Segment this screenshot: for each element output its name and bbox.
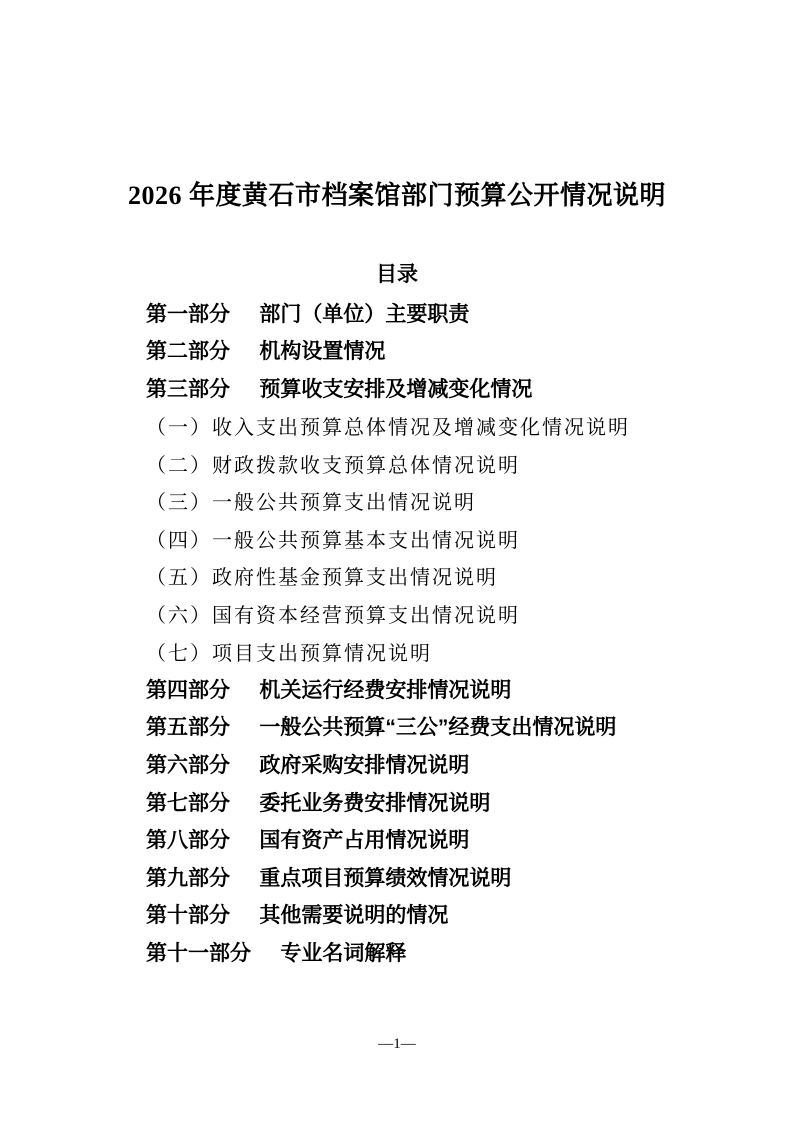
toc-entry-label: 第八部分	[146, 824, 230, 854]
document-title: 2026 年度黄石市档案馆部门预算公开情况说明	[40, 180, 754, 212]
toc-entry-title: 政府采购安排情况说明	[259, 749, 469, 779]
toc-entry-label: （二）	[146, 449, 212, 478]
toc-entry-title: 机关运行经费安排情况说明	[259, 674, 511, 704]
toc-entry-label: （五）	[146, 561, 212, 590]
toc-entry-sub-2: （二）财政拨款收支预算总体情况说明	[146, 444, 714, 482]
toc-entry-part-3: 第三部分预算收支安排及增减变化情况	[146, 369, 714, 407]
toc-heading: 目录	[0, 262, 794, 288]
toc-entry-part-7: 第七部分委托业务费安排情况说明	[146, 783, 714, 821]
toc-entry-label: （一）	[146, 411, 212, 440]
document-page: 2026 年度黄石市档案馆部门预算公开情况说明 目录 第一部分部门（单位）主要职…	[0, 0, 794, 1123]
toc-entry-label: 第一部分	[146, 298, 230, 328]
toc-entry-label: （六）	[146, 599, 212, 628]
toc-entry-label: （四）	[146, 524, 212, 553]
toc-entry-title: 国有资产占用情况说明	[259, 824, 469, 854]
toc-entry-title: 一般公共预算支出情况说明	[212, 486, 476, 515]
toc-entry-title: 国有资本经营预算支出情况说明	[212, 599, 520, 628]
toc-entry-part-2: 第二部分机构设置情况	[146, 332, 714, 370]
toc-entry-part-4: 第四部分机关运行经费安排情况说明	[146, 670, 714, 708]
toc-entry-label: 第十一部分	[146, 937, 251, 967]
toc-entry-sub-1: （一）收入支出预算总体情况及增减变化情况说明	[146, 407, 714, 445]
toc-entry-sub-6: （六）国有资本经营预算支出情况说明	[146, 595, 714, 633]
toc-entry-title: 重点项目预算绩效情况说明	[259, 862, 511, 892]
toc-entry-part-5: 第五部分一般公共预算“三公”经费支出情况说明	[146, 708, 714, 746]
toc-entry-title: 部门（单位）主要职责	[259, 298, 469, 328]
toc-entry-part-1: 第一部分部门（单位）主要职责	[146, 294, 714, 332]
toc-entry-title: 项目支出预算情况说明	[212, 637, 432, 666]
toc-entry-title: 预算收支安排及增减变化情况	[259, 373, 532, 403]
toc-entry-sub-7: （七）项目支出预算情况说明	[146, 632, 714, 670]
toc-entry-label: （三）	[146, 486, 212, 515]
toc-entry-title: 财政拨款收支预算总体情况说明	[212, 449, 520, 478]
toc-entry-title: 专业名词解释	[280, 937, 406, 967]
toc-entry-sub-3: （三）一般公共预算支出情况说明	[146, 482, 714, 520]
toc-entry-label: 第九部分	[146, 862, 230, 892]
toc-entry-part-11: 第十一部分专业名词解释	[146, 933, 714, 971]
toc-entry-sub-4: （四）一般公共预算基本支出情况说明	[146, 520, 714, 558]
toc-entry-label: 第三部分	[146, 373, 230, 403]
page-number: —1—	[0, 1036, 794, 1053]
toc-entry-label: 第七部分	[146, 787, 230, 817]
toc-entry-title: 一般公共预算“三公”经费支出情况说明	[259, 711, 616, 741]
toc-entry-part-6: 第六部分政府采购安排情况说明	[146, 745, 714, 783]
toc-entry-label: 第二部分	[146, 335, 230, 365]
toc-entry-title: 委托业务费安排情况说明	[259, 787, 490, 817]
toc-entry-part-9: 第九部分重点项目预算绩效情况说明	[146, 858, 714, 896]
toc-entry-label: （七）	[146, 637, 212, 666]
toc-entry-label: 第五部分	[146, 711, 230, 741]
toc-entry-sub-5: （五）政府性基金预算支出情况说明	[146, 557, 714, 595]
table-of-contents: 第一部分部门（单位）主要职责 第二部分机构设置情况 第三部分预算收支安排及增减变…	[146, 294, 714, 971]
toc-entry-label: 第六部分	[146, 749, 230, 779]
toc-entry-title: 其他需要说明的情况	[259, 899, 448, 929]
toc-entry-part-8: 第八部分国有资产占用情况说明	[146, 820, 714, 858]
toc-entry-label: 第四部分	[146, 674, 230, 704]
toc-entry-title: 一般公共预算基本支出情况说明	[212, 524, 520, 553]
toc-entry-part-10: 第十部分其他需要说明的情况	[146, 896, 714, 934]
toc-entry-label: 第十部分	[146, 899, 230, 929]
toc-entry-title: 机构设置情况	[259, 335, 385, 365]
toc-entry-title: 政府性基金预算支出情况说明	[212, 561, 498, 590]
toc-entry-title: 收入支出预算总体情况及增减变化情况说明	[212, 411, 630, 440]
